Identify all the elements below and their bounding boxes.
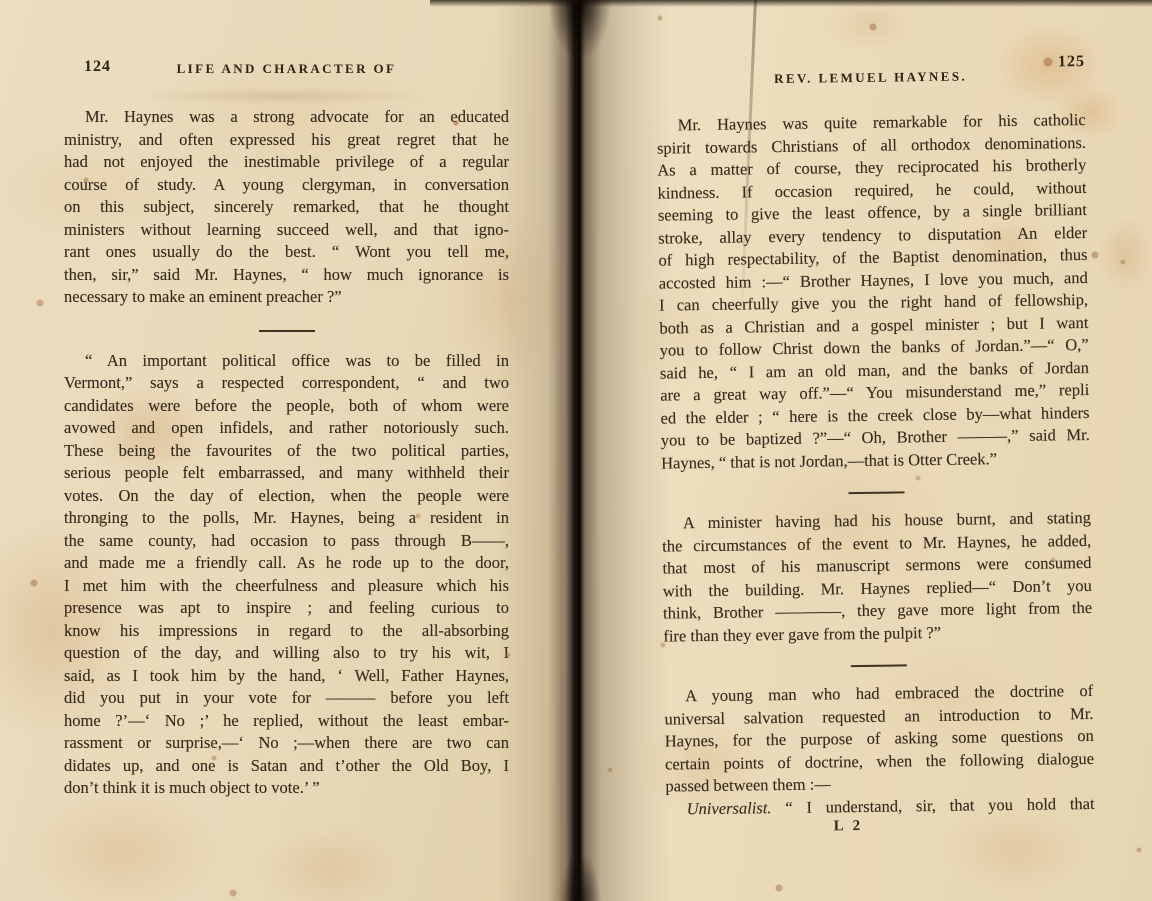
text-line: home ?’—‘ No ;’ he replied, without the … [64, 710, 509, 733]
text-line: course of study. A young clergyman, in c… [64, 174, 509, 197]
page-body-right: Mr. Haynes was quite remarkable for his … [657, 109, 1095, 821]
page-left-content: 124 LIFE AND CHARACTER OF Mr. Haynes was… [0, 0, 563, 901]
text-line: ministers without learning succeed well,… [64, 219, 509, 242]
speaker-label: Universalist. [687, 798, 772, 818]
page-right-content: REV. LEMUEL HAYNES. 125 Mr. Haynes was q… [557, 0, 1152, 901]
section-divider [259, 330, 315, 332]
text-line: thronging to the polls, Mr. Haynes, bein… [64, 507, 509, 530]
paragraph: Mr. Haynes was quite remarkable for his … [657, 109, 1091, 475]
gutter-bottom-shadow [545, 811, 615, 901]
text-line: the same county, had occasion to pass th… [64, 530, 509, 553]
text-line: and made me a friendly call. As he rode … [64, 552, 509, 575]
text-line: Mr. Haynes was a strong advocate for an … [64, 106, 509, 129]
text-line: didates up, and one is Satan and t’other… [64, 755, 509, 778]
text-line: know his impressions in regard to the al… [64, 620, 509, 643]
text-line: said, as I took him by the hand, ‘ Well,… [64, 665, 509, 688]
page-left: 124 LIFE AND CHARACTER OF Mr. Haynes was… [0, 0, 563, 901]
gutter-top-shadow [535, 0, 625, 100]
text-line: These being the favourites of the two po… [64, 440, 509, 463]
paragraph: “ An important political office was to b… [64, 350, 509, 800]
running-title-left: LIFE AND CHARACTER OF [64, 61, 509, 77]
text-line: candidates were before the people, both … [64, 395, 509, 418]
text-line: presence was apt to inspire ; and feelin… [64, 597, 509, 620]
text-line: ministry, and often expressed his great … [64, 129, 509, 152]
section-divider [850, 664, 906, 667]
text-line: on this subject, sincerely remarked, tha… [64, 196, 509, 219]
text-line: votes. On the day of election, when the … [64, 485, 509, 508]
text-line: avowed and open infidels, and rather not… [64, 417, 509, 440]
text-line: Vermont,” says a respected correspondent… [64, 372, 509, 395]
text-line: did you put in your vote for ——— before … [64, 687, 509, 710]
gutter-shadow-line [577, 0, 581, 901]
text-line: serious people felt embarrassed, and man… [64, 462, 509, 485]
book-scan: 124 LIFE AND CHARACTER OF Mr. Haynes was… [0, 0, 1152, 901]
paragraph: A minister having had his house burnt, a… [662, 507, 1093, 648]
text-line: rant ones usually do the best. “ Wont yo… [64, 241, 509, 264]
paragraph: A young man who had embraced the doctrin… [664, 680, 1094, 798]
paragraph: Mr. Haynes was a strong advocate for an … [64, 106, 509, 309]
text-line: rassment or surprise,—‘ No ;—when there … [64, 732, 509, 755]
page-body-left: Mr. Haynes was a strong advocate for an … [64, 106, 509, 800]
text-line: “ An important political office was to b… [64, 350, 509, 373]
section-divider [848, 491, 904, 494]
scan-top-shadow [430, 0, 1152, 7]
text-line: I met him with the cheerfulness and plea… [64, 575, 509, 598]
text-line: necessary to make an eminent preacher ?” [64, 286, 509, 309]
text-line: don’t think it is much object to vote.’ … [64, 777, 509, 800]
text-line: question of the day, and willing also to… [64, 642, 509, 665]
page-right: REV. LEMUEL HAYNES. 125 Mr. Haynes was q… [563, 0, 1152, 901]
text-line: then, sir,” said Mr. Haynes, “ how much … [64, 264, 509, 287]
text-line: had not enjoyed the inestimable privileg… [64, 151, 509, 174]
text-segment: “ I understand, sir, that you hold that [771, 793, 1094, 816]
